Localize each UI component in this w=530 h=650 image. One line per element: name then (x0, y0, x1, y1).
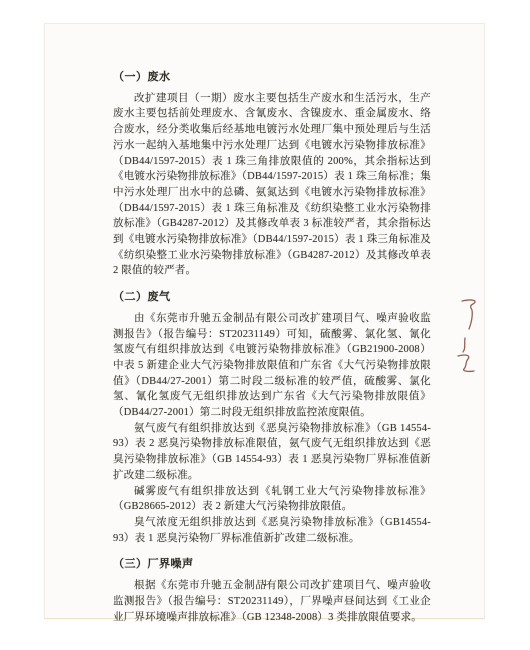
handwriting-margin-mark (459, 298, 485, 332)
section-heading-wastewater: （一）废水 (113, 70, 431, 86)
section-heading-waste-gas: （二）废气 (113, 290, 431, 306)
body-paragraph: 臭气浓度无组织排放达到《恶臭污染物排放标准》（GB14554-93）表 1 恶臭… (113, 515, 431, 546)
body-paragraph: 由《东莞市升驰五金制品有限公司改扩建项目气、噪声验收监测报告》（报告编号：ST2… (113, 311, 431, 421)
scanned-document: （一）废水 改扩建项目（一期）废水主要包括生产废水和生活污水，生产废水主要包括前… (0, 0, 530, 650)
body-paragraph: 碱雾废气有组织排放达到《轧钢工业大气污染物排放标准》（GB28665-2012）… (113, 484, 431, 515)
handwriting-margin-mark (453, 336, 481, 376)
document-content: （一）废水 改扩建项目（一期）废水主要包括生产废水和生活污水，生产废水主要包括前… (113, 70, 431, 625)
page-number: 4 (45, 578, 484, 588)
section-waste-gas: （二）废气 由《东莞市升驰五金制品有限公司改扩建项目气、噪声验收监测报告》（报告… (113, 290, 431, 546)
section-boundary-noise: （三）厂界噪声 根据《东莞市升驰五金制品有限公司改扩建项目气、噪声验收监测报告》… (113, 557, 431, 625)
section-heading-boundary-noise: （三）厂界噪声 (113, 557, 431, 573)
body-paragraph: 改扩建项目（一期）废水主要包括生产废水和生活污水，生产废水主要包括前处理废水、含… (113, 91, 431, 279)
document-page: （一）废水 改扩建项目（一期）废水主要包括生产废水和生活污水，生产废水主要包括前… (44, 23, 485, 619)
body-paragraph: 氨气废气有组织排放达到《恶臭污染物排放标准》（GB 14554-93）表 2 恶… (113, 421, 431, 484)
section-wastewater: （一）废水 改扩建项目（一期）废水主要包括生产废水和生活污水，生产废水主要包括前… (113, 70, 431, 279)
